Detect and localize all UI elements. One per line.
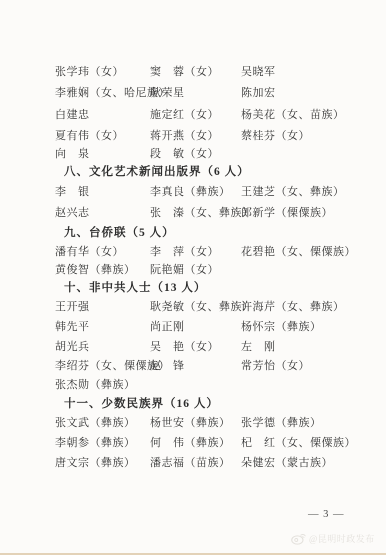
delegate-name: 杨美花（女、苗族） [241, 108, 345, 122]
delegate-name: 花碧艳（女、傈僳族） [241, 245, 356, 259]
delegate-name: 张学德（彝族） [241, 416, 322, 430]
delegate-name: 阮艳媚（女） [150, 263, 219, 277]
section-heading: 九、台侨联（5 人） [64, 226, 175, 240]
delegate-name: 蒋开燕（女） [150, 129, 219, 143]
delegate-name: 张学玮（女） [55, 65, 124, 79]
name-row: 李绍芬（女、傈僳族） 赵 锋 常芳怡（女） [55, 359, 380, 373]
section-heading: 十、非中共人士（13 人） [64, 281, 206, 295]
delegate-name: 赵兴志 [55, 206, 90, 220]
delegate-name: 李真良（彝族） [150, 185, 231, 199]
delegate-name: 杨怀宗（彝族） [241, 320, 322, 334]
watermark: @昆明时政发布 [291, 532, 375, 545]
name-row: 胡光兵 吴 艳（女） 左 刚 [55, 340, 380, 354]
delegate-name: 张文武（彝族） [55, 416, 136, 430]
delegate-name: 陈加宏 [241, 86, 276, 100]
delegate-name: 段 敏（女） [150, 147, 219, 161]
delegate-name: 何 伟（彝族） [150, 436, 231, 450]
page-number: — 3 — [308, 509, 345, 520]
delegate-name: 黄俊智（彝族） [55, 263, 136, 277]
weibo-icon [291, 532, 306, 545]
document-page: 张学玮（女） 窦 蓉（女） 吴晓军 李雅娴（女、哈尼族） 耿荣星 陈加宏 白建忠… [0, 0, 386, 555]
delegate-name: 左 刚 [241, 340, 276, 354]
name-row: 王开强 耿尧敏（女、彝族） 许海芹（女、彝族） [55, 300, 380, 314]
section-heading: 十一、少数民族界（16 人） [64, 397, 219, 411]
delegate-name: 胡光兵 [55, 340, 90, 354]
delegate-name: 张杰勋（彝族） [55, 378, 136, 392]
name-row: 张文武（彝族） 杨世安（彝族） 张学德（彝族） [55, 416, 380, 430]
name-row: 李朝参（彝族） 何 伟（彝族） 杞 红（女、傈僳族） [55, 436, 380, 450]
delegate-name: 耿荣星 [150, 86, 185, 100]
delegate-name: 李 银 [55, 185, 90, 199]
name-row: 唐文宗（彝族） 潘志福（苗族） 朵健宏（蒙古族） [55, 456, 380, 470]
name-row: 白建忠 施定红（女） 杨美花（女、苗族） [55, 108, 380, 122]
delegate-name: 吴晓军 [241, 65, 276, 79]
delegate-name: 唐文宗（彝族） [55, 456, 136, 470]
delegate-name: 王建芝（女、彝族） [241, 185, 345, 199]
name-row: 夏有伟（女） 蒋开燕（女） 蔡桂芬（女） [55, 129, 380, 143]
delegate-name: 吴 艳（女） [150, 340, 219, 354]
name-row: 黄俊智（彝族） 阮艳媚（女） [55, 263, 380, 277]
name-row: 张学玮（女） 窦 蓉（女） 吴晓军 [55, 65, 380, 79]
delegate-name: 王开强 [55, 300, 90, 314]
delegate-name: 韩先平 [55, 320, 90, 334]
delegate-name: 施定红（女） [150, 108, 219, 122]
delegate-name: 常芳怡（女） [241, 359, 310, 373]
delegate-name: 潘志福（苗族） [150, 456, 231, 470]
name-row: 向 泉 段 敏（女） [55, 147, 380, 161]
delegate-name: 李 萍（女） [150, 245, 219, 259]
delegate-name: 潘有华（女） [55, 245, 124, 259]
delegate-name: 郎新学（傈僳族） [241, 206, 333, 220]
delegate-name: 尚正刚 [150, 320, 185, 334]
delegate-name: 赵 锋 [150, 359, 185, 373]
name-row: 韩先平 尚正刚 杨怀宗（彝族） [55, 320, 380, 334]
delegate-name: 耿尧敏（女、彝族） [150, 300, 254, 314]
delegate-name: 杨世安（彝族） [150, 416, 231, 430]
delegate-name: 夏有伟（女） [55, 129, 124, 143]
delegate-name: 李朝参（彝族） [55, 436, 136, 450]
name-row: 赵兴志 张 溱（女、彝族） 郎新学（傈僳族） [55, 206, 380, 220]
name-row: 李雅娴（女、哈尼族） 耿荣星 陈加宏 [55, 86, 380, 100]
delegate-name: 朵健宏（蒙古族） [241, 456, 333, 470]
delegate-name: 蔡桂芬（女） [241, 129, 310, 143]
section-heading: 八、文化艺术新闻出版界（6 人） [64, 165, 250, 179]
delegate-name: 许海芹（女、彝族） [241, 300, 345, 314]
watermark-text: @昆明时政发布 [309, 532, 375, 545]
delegate-name: 张 溱（女、彝族） [150, 206, 254, 220]
delegate-name: 向 泉 [55, 147, 90, 161]
name-row: 张杰勋（彝族） [55, 378, 380, 392]
name-row: 潘有华（女） 李 萍（女） 花碧艳（女、傈僳族） [55, 245, 380, 259]
name-row: 李 银 李真良（彝族） 王建芝（女、彝族） [55, 185, 380, 199]
delegate-name: 白建忠 [55, 108, 90, 122]
delegate-name: 杞 红（女、傈僳族） [241, 436, 356, 450]
delegate-name: 窦 蓉（女） [150, 65, 219, 79]
